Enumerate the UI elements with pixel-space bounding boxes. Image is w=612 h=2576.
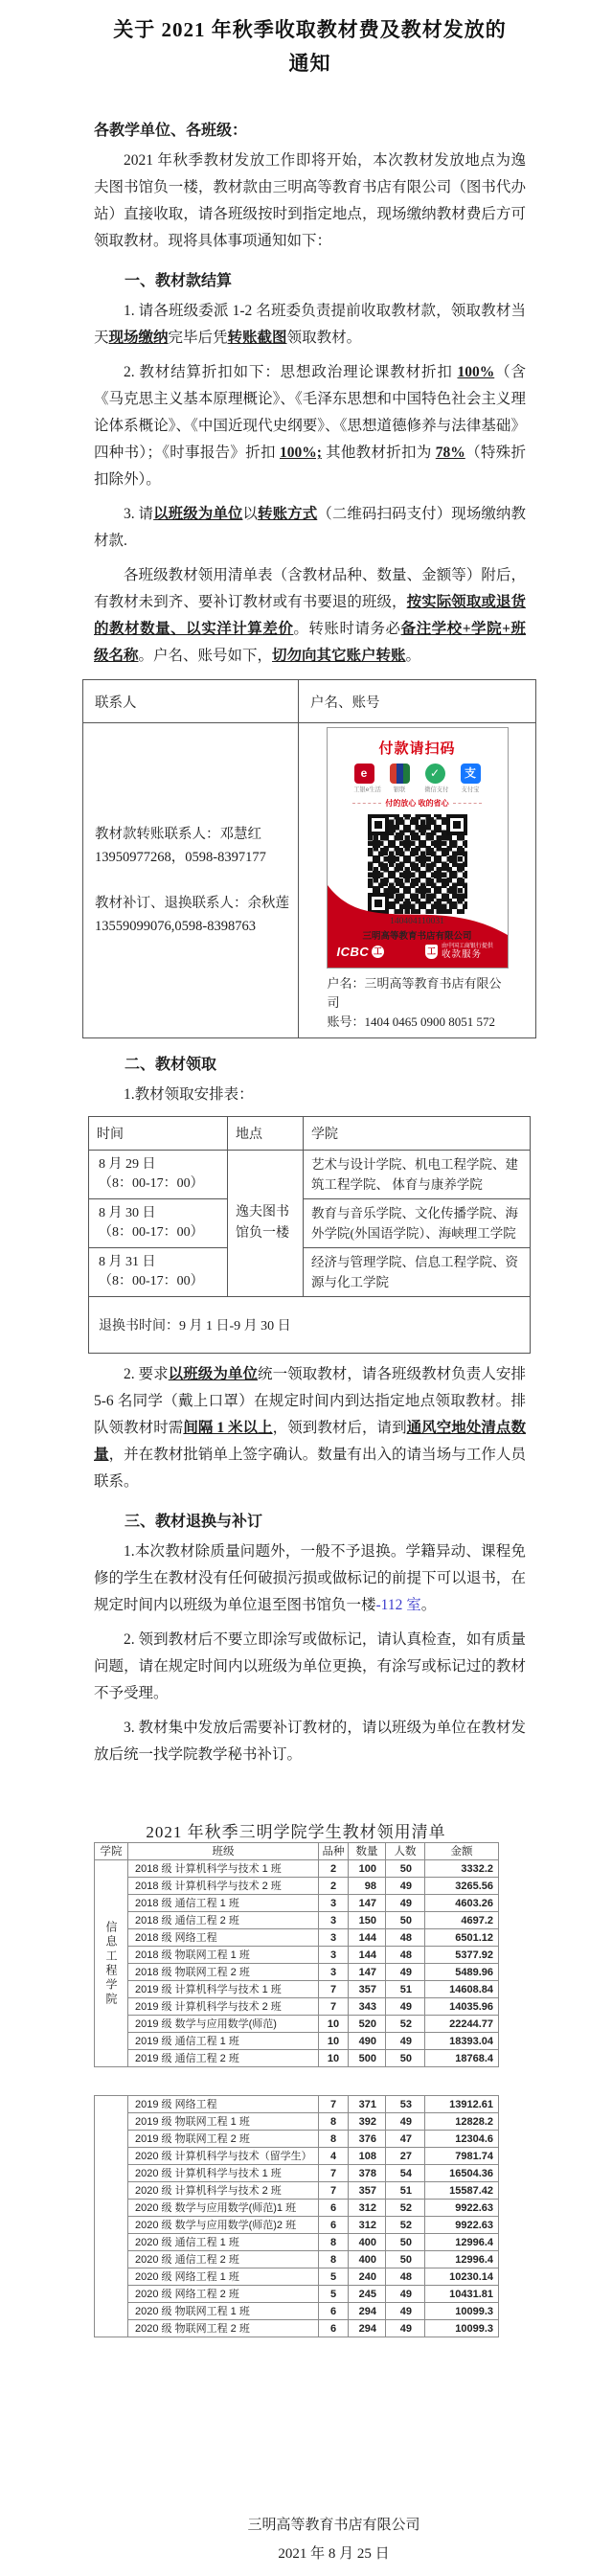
cell: 2019 级 通信工程 2 班	[128, 2050, 319, 2067]
text-run: 100%	[457, 364, 494, 380]
schedule-header-college: 学院	[304, 1117, 531, 1151]
text-run: 其他教材折扣为	[322, 445, 436, 461]
shield-icon: 工	[425, 945, 438, 959]
cell: 8	[319, 2113, 349, 2131]
account-name: 户名：三明高等教育书店有限公司	[328, 974, 508, 1013]
text-run: 转账方式	[258, 506, 317, 522]
text-run: 。	[421, 1597, 437, 1613]
table-row: 2019 级 通信工程 2 班105005018768.4	[95, 2050, 499, 2067]
cell: 294	[349, 2320, 386, 2337]
cell: 100	[349, 1860, 386, 1878]
table-row: 2019 级 物联网工程 1 班83924912828.2	[95, 2113, 499, 2131]
cell: 8	[319, 2234, 349, 2251]
table-row: 教材款转账联系人：邓慧红 13950977268，0598-8397177 教材…	[83, 723, 536, 1038]
text-run: 以班级为单位	[169, 1366, 258, 1382]
cell: 7	[319, 1981, 349, 1998]
text-run: 间隔 1 米以上	[183, 1420, 272, 1436]
contact-account-table: 联系人 户名、账号 教材款转账联系人：邓慧红 13950977268，0598-…	[82, 679, 536, 1038]
table-row: 2019 级 通信工程 1 班104904918393.04	[95, 2033, 499, 2050]
cell: 49	[386, 1878, 425, 1895]
cell: 13912.61	[425, 2096, 499, 2113]
cell: 2020 级 物联网工程 1 班	[128, 2303, 319, 2320]
cell: 357	[349, 1981, 386, 1998]
cell: 2020 级 网络工程 1 班	[128, 2268, 319, 2286]
cell: 49	[386, 2320, 425, 2337]
books-header-class: 班级	[128, 1843, 319, 1860]
icon-caption: 微信支付	[424, 786, 445, 794]
text-run: 。	[406, 648, 421, 664]
cell: 14035.96	[425, 1998, 499, 2016]
intro-paragraph: 2021 年秋季教材发放工作即将开始，本次教材发放地点为逸夫图书馆负一楼，教材款…	[94, 148, 526, 255]
section2-paragraph-2: 2. 要求以班级为单位统一领取教材，请各班级教材负责人安排 5-6 名同学（戴上…	[94, 1361, 526, 1495]
account-number: 账号：1404 0465 0900 8051 572	[328, 1013, 508, 1032]
table-row: 2018 级 物联网工程 1 班3144485377.92	[95, 1947, 499, 1964]
cell: 5377.92	[425, 1947, 499, 1964]
text-run: 以班级为单位	[153, 506, 242, 522]
signature-block: 三明高等教育书店有限公司 2021 年 8 月 25 日	[0, 2511, 612, 2568]
cell: 7	[319, 2182, 349, 2200]
cell: 6	[319, 2200, 349, 2217]
table-row: 8 月 30 日 （8：00-17：00） 教育与音乐学院、文化传播学院、海外学…	[89, 1199, 531, 1248]
cell: 3265.56	[425, 1878, 499, 1895]
cell: 7	[319, 2096, 349, 2113]
cell: 10	[319, 2016, 349, 2033]
cell: 9922.63	[425, 2217, 499, 2234]
cell: 2020 级 网络工程 2 班	[128, 2286, 319, 2303]
text-run: 转账截图	[228, 330, 287, 346]
contact-line: 13950977268，0598-8397177	[95, 846, 298, 869]
cell: 2018 级 物联网工程 1 班	[128, 1947, 319, 1964]
qr-code-number: 140404110031	[328, 917, 508, 926]
books-table-part2: 2019 级 网络工程73715313912.612019 级 物联网工程 1 …	[94, 2095, 499, 2337]
wechat-pay-icon: ✓ 微信支付	[423, 764, 446, 794]
cell: 48	[386, 1929, 425, 1947]
cell: 54	[386, 2165, 425, 2182]
schedule-hours: （8：00-17：00）	[99, 1223, 221, 1242]
cell: 52	[386, 2217, 425, 2234]
cell: 49	[386, 2113, 425, 2131]
text-run: 以	[242, 506, 258, 522]
icbc-elife-glyph: e	[354, 764, 374, 784]
unionpay-glyph	[390, 764, 410, 784]
cell: 51	[386, 1981, 425, 1998]
cell: 240	[349, 2268, 386, 2286]
qr-merchant-name: 三明高等教育书店有限公司	[328, 928, 508, 942]
section1-paragraph-1: 1. 请各班级委派 1-2 名班委负责提前收取教材款，领取教材当天现场缴纳完毕后…	[94, 298, 526, 352]
text-run: 领取教材。	[287, 330, 362, 346]
cell: 3	[319, 1947, 349, 1964]
spacer	[95, 869, 298, 892]
cell: 52	[386, 2016, 425, 2033]
cell: 2018 级 网络工程	[128, 1929, 319, 1947]
cell: 2020 级 计算机科学与技术（留学生）	[128, 2148, 319, 2165]
table-row: 退换书时间：9 月 1 日-9 月 30 日	[89, 1297, 531, 1354]
text-run: 2. 要求	[124, 1366, 169, 1382]
cell: 49	[386, 2303, 425, 2320]
cell: 2018 级 计算机科学与技术 2 班	[128, 1878, 319, 1895]
pickup-schedule-table: 时间 地点 学院 8 月 29 日 （8：00-17：00） 逸夫图书馆负一楼 …	[88, 1116, 531, 1354]
icon-caption: 工银e生活	[353, 786, 374, 794]
table-row: 信息工程学院2018 级 计算机科学与技术 1 班2100503332.2	[95, 1860, 499, 1878]
schedule-date: 8 月 31 日	[99, 1253, 221, 1272]
table-row: 2020 级 数学与应用数学(师范)1 班6312529922.63	[95, 2200, 499, 2217]
contact-line: 教材补订、退换联系人：余秋莲	[95, 892, 298, 915]
cell: 12996.4	[425, 2234, 499, 2251]
contact-header-cell: 联系人	[83, 680, 299, 723]
section1-paragraph-2: 2. 教材结算折扣如下：思想政治理论课教材折扣 100%（含《马克思主义基本原理…	[94, 359, 526, 493]
icon-caption: 银联	[389, 786, 410, 794]
table-row: 8 月 29 日 （8：00-17：00） 逸夫图书馆负一楼 艺术与设计学院、机…	[89, 1151, 531, 1199]
table-row: 2019 级 计算机科学与技术 2 班73434914035.96	[95, 1998, 499, 2016]
cell: 98	[349, 1878, 386, 1895]
wechat-pay-glyph: ✓	[425, 764, 445, 784]
badge-service-label: 收款服务	[442, 949, 498, 960]
text-run: ，领到教材后，请到	[273, 1420, 407, 1436]
account-header-cell: 户名、账号	[299, 680, 536, 723]
cell: 10	[319, 2050, 349, 2067]
icbc-logo-text: ICBC	[337, 945, 370, 959]
icbc-banner: ICBC 工 工 由中国工商银行提供 收款服务	[328, 943, 508, 960]
table-row: 2018 级 通信工程 1 班3147494603.26	[95, 1895, 499, 1912]
table-row: 2018 级 网络工程3144486501.12	[95, 1929, 499, 1947]
cell: 12828.2	[425, 2113, 499, 2131]
table-row: 时间 地点 学院	[89, 1117, 531, 1151]
table-row: 2020 级 计算机科学与技术 2 班73575115587.42	[95, 2182, 499, 2200]
text-run: 切勿向其它账户转账	[272, 648, 406, 664]
cell: 27	[386, 2148, 425, 2165]
cell: 49	[386, 1964, 425, 1981]
cell: 147	[349, 1964, 386, 1981]
schedule-hours: （8：00-17：00）	[99, 1272, 221, 1291]
table-row: 2020 级 计算机科学与技术 1 班73785416504.36	[95, 2165, 499, 2182]
table-header-row: 学院 班级 品种 数量 人数 金额	[95, 1843, 499, 1860]
schedule-college-cell: 教育与音乐学院、文化传播学院、海外学院(外国语学院）、海峡理工学院	[304, 1199, 531, 1248]
cell: 144	[349, 1947, 386, 1964]
college-cell: 信息工程学院	[95, 1860, 128, 2067]
schedule-college-cell: 经济与管理学院、信息工程学院、资源与化工学院	[304, 1248, 531, 1297]
cell: 150	[349, 1912, 386, 1929]
schedule-location-cell: 逸夫图书馆负一楼	[228, 1151, 304, 1297]
cell: 2019 级 网络工程	[128, 2096, 319, 2113]
alipay-icon: 支 支付宝	[459, 764, 482, 794]
schedule-time-cell: 8 月 30 日 （8：00-17：00）	[89, 1199, 228, 1248]
table-row: 2020 级 通信工程 2 班84005012996.4	[95, 2251, 499, 2268]
text-run: 2. 教材结算折扣如下：思想政治理论课教材折扣	[124, 364, 457, 380]
books-table-part1: 学院 班级 品种 数量 人数 金额 信息工程学院2018 级 计算机科学与技术 …	[94, 1842, 499, 2067]
cell: 6	[319, 2303, 349, 2320]
badge-provided-by: 由中国工商银行提供	[442, 944, 493, 949]
cell: 2019 级 通信工程 1 班	[128, 2033, 319, 2050]
cell: 2019 级 物联网工程 1 班	[128, 2113, 319, 2131]
cell: 50	[386, 2251, 425, 2268]
cell: 9922.63	[425, 2200, 499, 2217]
cell: 18393.04	[425, 2033, 499, 2050]
cell: 2020 级 计算机科学与技术 2 班	[128, 2182, 319, 2200]
cell: 3	[319, 1895, 349, 1912]
badge-text: 由中国工商银行提供 收款服务	[442, 943, 498, 960]
cell: 2020 级 数学与应用数学(师范)1 班	[128, 2200, 319, 2217]
cell: 14608.84	[425, 1981, 499, 1998]
table-row: 2019 级 数学与应用数学(师范)105205222244.77	[95, 2016, 499, 2033]
cell: 50	[386, 1912, 425, 1929]
table-row: 2020 级 网络工程 1 班52404810230.14	[95, 2268, 499, 2286]
cell: 4697.2	[425, 1912, 499, 1929]
cell: 2018 级 物联网工程 2 班	[128, 1964, 319, 1981]
cell: 49	[386, 1998, 425, 2016]
section3-paragraph-3: 3. 教材集中发放后需要补订教材的，请以班级为单位在教材发放后统一找学院教学秘书…	[94, 1715, 526, 1768]
cell: 3332.2	[425, 1860, 499, 1878]
cell: 53	[386, 2096, 425, 2113]
cell: 378	[349, 2165, 386, 2182]
notice-document: 关于 2021 年秋季收取教材费及教材发放的通知 各教学单位、各班级： 2021…	[0, 0, 612, 2337]
table-row: 2020 级 数学与应用数学(师范)2 班6312529922.63	[95, 2217, 499, 2234]
section3-heading: 三、教材退换与补订	[94, 1509, 526, 1531]
account-lines: 户名：三明高等教育书店有限公司 账号：1404 0465 0900 8051 5…	[328, 974, 508, 1032]
text-run: 100%;	[280, 445, 322, 461]
text-run: 。转账时请务必	[293, 621, 400, 637]
qr-finder-pattern	[368, 814, 389, 835]
cell: 2018 级 计算机科学与技术 1 班	[128, 1860, 319, 1878]
cell: 5489.96	[425, 1964, 499, 1981]
cell: 3	[319, 1964, 349, 1981]
cell: 6	[319, 2217, 349, 2234]
cell: 3	[319, 1929, 349, 1947]
alipay-glyph: 支	[461, 764, 481, 784]
table-row: 2020 级 物联网工程 1 班62944910099.3	[95, 2303, 499, 2320]
cell: 51	[386, 2182, 425, 2200]
cell: 7981.74	[425, 2148, 499, 2165]
text-run: 3. 请	[124, 506, 153, 522]
cell: 4	[319, 2148, 349, 2165]
payment-qr-card: 付款请扫码 e 工银e生活 银联 ✓ 微信支付	[327, 727, 509, 969]
cell: 312	[349, 2200, 386, 2217]
cell: 8	[319, 2131, 349, 2148]
cell: 357	[349, 2182, 386, 2200]
cell: 400	[349, 2234, 386, 2251]
contact-line: 13559099076,0598-8398763	[95, 915, 298, 938]
text-run: 完毕后凭	[169, 330, 228, 346]
cell: 294	[349, 2303, 386, 2320]
text-run: ，并在教材批销单上签字确认。数量有出入的请当场与工作人员联系。	[94, 1447, 526, 1490]
cell: 2020 级 计算机科学与技术 1 班	[128, 2165, 319, 2182]
schedule-header-time: 时间	[89, 1117, 228, 1151]
cell: 10099.3	[425, 2320, 499, 2337]
cell: 2020 级 数学与应用数学(师范)2 班	[128, 2217, 319, 2234]
icon-caption: 支付宝	[460, 786, 481, 794]
table-row: 2018 级 物联网工程 2 班3147495489.96	[95, 1964, 499, 1981]
schedule-header-place: 地点	[228, 1117, 304, 1151]
table-row: 2018 级 通信工程 2 班3150504697.2	[95, 1912, 499, 1929]
cell: 18768.4	[425, 2050, 499, 2067]
cell: 10	[319, 2033, 349, 2050]
cell: 22244.77	[425, 2016, 499, 2033]
books-header-quantity: 数量	[349, 1843, 386, 1860]
text-run: 。户名、账号如下，	[139, 648, 273, 664]
cell: 2	[319, 1878, 349, 1895]
cell: 400	[349, 2251, 386, 2268]
cell: 2020 级 物联网工程 2 班	[128, 2320, 319, 2337]
schedule-hours: （8：00-17：00）	[99, 1174, 221, 1194]
text-run: 现场缴纳	[109, 330, 169, 346]
books-table-title: 2021 年秋季三明学院学生教材领用清单	[94, 1818, 498, 1842]
cell: 2019 级 物联网工程 2 班	[128, 2131, 319, 2148]
icbc-emblem-icon: 工	[372, 946, 384, 958]
salutation: 各教学单位、各班级：	[94, 118, 526, 140]
schedule-date: 8 月 29 日	[99, 1155, 221, 1174]
contact-info-cell: 教材款转账联系人：邓慧红 13950977268，0598-8397177 教材…	[83, 723, 299, 1038]
schedule-college-cell: 艺术与设计学院、机电工程学院、建筑工程学院、 体育与康养学院	[304, 1151, 531, 1199]
cell: 50	[386, 2050, 425, 2067]
college-cell	[95, 2096, 128, 2337]
cell: 5	[319, 2268, 349, 2286]
cell: 10099.3	[425, 2303, 499, 2320]
cell: 10431.81	[425, 2286, 499, 2303]
cell: 4603.26	[425, 1895, 499, 1912]
table-row: 2018 级 计算机科学与技术 2 班298493265.56	[95, 1878, 499, 1895]
cell: 2	[319, 1860, 349, 1878]
cell: 520	[349, 2016, 386, 2033]
cell: 312	[349, 2217, 386, 2234]
cell: 6501.12	[425, 1929, 499, 1947]
return-period-cell: 退换书时间：9 月 1 日-9 月 30 日	[89, 1297, 531, 1354]
books-header-students: 人数	[386, 1843, 425, 1860]
table-row: 2020 级 网络工程 2 班52454910431.81	[95, 2286, 499, 2303]
cell: 245	[349, 2286, 386, 2303]
cell: 108	[349, 2148, 386, 2165]
text-run: 78%	[436, 445, 465, 461]
books-header-amount: 金额	[425, 1843, 499, 1860]
cell: 144	[349, 1929, 386, 1947]
cell: 3	[319, 1912, 349, 1929]
schedule-time-cell: 8 月 29 日 （8：00-17：00）	[89, 1151, 228, 1199]
table-row: 2019 级 物联网工程 2 班83764712304.6	[95, 2131, 499, 2148]
section1-heading: 一、教材款结算	[94, 268, 526, 290]
cell: 2020 级 通信工程 1 班	[128, 2234, 319, 2251]
unionpay-icon: 银联	[388, 764, 411, 794]
cell: 7	[319, 2165, 349, 2182]
text-run: -112 室	[376, 1597, 421, 1613]
section2-sub1: 1.教材领取安排表：	[94, 1082, 526, 1108]
cell: 2018 级 通信工程 1 班	[128, 1895, 319, 1912]
account-info-cell: 付款请扫码 e 工银e生活 银联 ✓ 微信支付	[299, 723, 536, 1038]
page-title: 关于 2021 年秋季收取教材费及教材发放的通知	[103, 13, 516, 80]
cell: 48	[386, 1947, 425, 1964]
cell: 2019 级 计算机科学与技术 1 班	[128, 1981, 319, 1998]
cell: 16504.36	[425, 2165, 499, 2182]
cell: 5	[319, 2286, 349, 2303]
payment-icons-row: e 工银e生活 银联 ✓ 微信支付 支 支付宝	[328, 764, 508, 794]
cell: 47	[386, 2131, 425, 2148]
section2-heading: 二、教材领取	[94, 1052, 526, 1074]
section3-paragraph-1: 1.本次教材除质量问题外，一般不予退换。学籍异动、课程免修的学生在教材没有任何破…	[94, 1539, 526, 1619]
icbc-elife-icon: e 工银e生活	[352, 764, 375, 794]
table-row: 8 月 31 日 （8：00-17：00） 经济与管理学院、信息工程学院、资源与…	[89, 1248, 531, 1297]
cell: 50	[386, 2234, 425, 2251]
schedule-time-cell: 8 月 31 日 （8：00-17：00）	[89, 1248, 228, 1297]
books-header-college: 学院	[95, 1843, 128, 1860]
table-row: 2019 级 计算机科学与技术 1 班73575114608.84	[95, 1981, 499, 1998]
signature-company: 三明高等教育书店有限公司	[56, 2511, 612, 2540]
cell: 2019 级 计算机科学与技术 2 班	[128, 1998, 319, 2016]
cell: 49	[386, 1895, 425, 1912]
cell: 2019 级 数学与应用数学(师范)	[128, 2016, 319, 2033]
cell: 2018 级 通信工程 2 班	[128, 1912, 319, 1929]
table-row: 2020 级 计算机科学与技术（留学生）4108277981.74	[95, 2148, 499, 2165]
cell: 2020 级 通信工程 2 班	[128, 2251, 319, 2268]
cell: 12996.4	[425, 2251, 499, 2268]
qr-finder-pattern	[446, 814, 467, 835]
text-run: 1.本次教材除质量问题外，一般不予退换。学籍异动、课程免修的学生在教材没有任何破…	[94, 1543, 526, 1613]
section3-paragraph-2: 2. 领到教材后不要立即涂写或做标记，请认真检查，如有质量问题，请在规定时间内以…	[94, 1627, 526, 1707]
cell: 376	[349, 2131, 386, 2148]
books-header-titles: 品种	[319, 1843, 349, 1860]
collection-service-badge: 工 由中国工商银行提供 收款服务	[425, 943, 498, 960]
qr-card-title: 付款请扫码	[328, 738, 508, 758]
cell: 371	[349, 2096, 386, 2113]
cell: 49	[386, 2286, 425, 2303]
table-row: 2020 级 通信工程 1 班84005012996.4	[95, 2234, 499, 2251]
contact-line: 教材款转账联系人：邓慧红	[95, 823, 298, 846]
qr-slogan: 付的放心 收的省心	[328, 798, 508, 809]
table-row: 联系人 户名、账号	[83, 680, 536, 723]
cell: 52	[386, 2200, 425, 2217]
cell: 490	[349, 2033, 386, 2050]
cell: 392	[349, 2113, 386, 2131]
cell: 147	[349, 1895, 386, 1912]
cell: 7	[319, 1998, 349, 2016]
cell: 6	[319, 2320, 349, 2337]
cell: 500	[349, 2050, 386, 2067]
signature-date: 2021 年 8 月 25 日	[56, 2540, 612, 2568]
cell: 343	[349, 1998, 386, 2016]
cell: 48	[386, 2268, 425, 2286]
table-row: 2019 级 网络工程73715313912.61	[95, 2096, 499, 2113]
cell: 15587.42	[425, 2182, 499, 2200]
section1-paragraph-4: 各班级教材领用清单表（含教材品种、数量、金额等）附后，有教材未到齐、要补订教材或…	[94, 562, 526, 670]
cell: 50	[386, 1860, 425, 1878]
cell: 12304.6	[425, 2131, 499, 2148]
cell: 10230.14	[425, 2268, 499, 2286]
schedule-date: 8 月 30 日	[99, 1204, 221, 1223]
icbc-logo: ICBC 工	[337, 945, 385, 959]
table-row: 2020 级 物联网工程 2 班62944910099.3	[95, 2320, 499, 2337]
cell: 49	[386, 2033, 425, 2050]
section1-paragraph-3: 3. 请以班级为单位以转账方式（二维码扫码支付）现场缴纳教材款.	[94, 501, 526, 555]
cell: 8	[319, 2251, 349, 2268]
